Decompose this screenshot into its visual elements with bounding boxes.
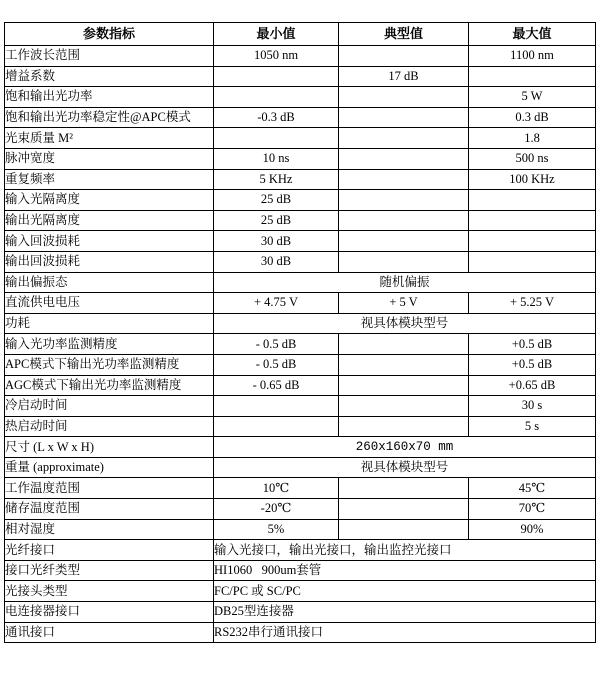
parameter-label: 输出光隔离度 xyxy=(5,210,214,231)
table-row: 输出回波损耗30 dB xyxy=(5,251,596,272)
max-value-cell: 0.3 dB xyxy=(469,107,596,128)
table-row: 直流供电电压+ 4.75 V+ 5 V+ 5.25 V xyxy=(5,293,596,314)
min-value-cell xyxy=(214,416,339,437)
parameter-label: 光纤接口 xyxy=(5,540,214,561)
min-value-cell: 10℃ xyxy=(214,478,339,499)
min-value-cell: -20℃ xyxy=(214,499,339,520)
min-value-cell xyxy=(214,396,339,417)
min-value-cell: -0.3 dB xyxy=(214,107,339,128)
typical-value-cell xyxy=(339,87,469,108)
table-row: 冷启动时间30 s xyxy=(5,396,596,417)
typical-value-cell xyxy=(339,251,469,272)
max-value-cell xyxy=(469,251,596,272)
parameter-label: 工作波长范围 xyxy=(5,46,214,67)
parameter-label: 通讯接口 xyxy=(5,622,214,643)
parameter-label: 相对湿度 xyxy=(5,519,214,540)
min-value-cell: 30 dB xyxy=(214,231,339,252)
parameter-label: 输出偏振态 xyxy=(5,272,214,293)
max-value-cell: 70℃ xyxy=(469,499,596,520)
parameter-label: 输入光隔离度 xyxy=(5,190,214,211)
table-row: APC模式下输出光功率监测精度- 0.5 dB+0.5 dB xyxy=(5,354,596,375)
table-row: 输入回波损耗30 dB xyxy=(5,231,596,252)
min-value-cell: 25 dB xyxy=(214,210,339,231)
min-value-cell: 30 dB xyxy=(214,251,339,272)
parameter-label: 脉冲宽度 xyxy=(5,148,214,169)
typical-value-cell xyxy=(339,375,469,396)
table-row: 电连接器接口DB25型连接器 xyxy=(5,602,596,623)
header-min-value: 最小值 xyxy=(214,23,339,46)
typical-value-cell xyxy=(339,396,469,417)
typical-value-cell xyxy=(339,107,469,128)
spec-sheet: 参数指标 最小值 典型值 最大值 工作波长范围1050 nm1100 nm增益系… xyxy=(4,22,596,643)
typical-value-cell xyxy=(339,334,469,355)
table-row: 功耗视具体模块型号 xyxy=(5,313,596,334)
min-value-cell: - 0.5 dB xyxy=(214,334,339,355)
table-row: 重复频率5 KHz100 KHz xyxy=(5,169,596,190)
table-row: 输入光隔离度25 dB xyxy=(5,190,596,211)
table-row: 输入光功率监测精度- 0.5 dB+0.5 dB xyxy=(5,334,596,355)
parameter-label: 尺寸 (L x W x H) xyxy=(5,437,214,458)
typical-value-cell xyxy=(339,46,469,67)
parameter-label: APC模式下输出光功率监测精度 xyxy=(5,354,214,375)
header-row: 参数指标 最小值 典型值 最大值 xyxy=(5,23,596,46)
typical-value-cell xyxy=(339,416,469,437)
table-row: 热启动时间5 s xyxy=(5,416,596,437)
typical-value-cell xyxy=(339,190,469,211)
min-value-cell: + 4.75 V xyxy=(214,293,339,314)
max-value-cell: 30 s xyxy=(469,396,596,417)
min-value-cell: - 0.65 dB xyxy=(214,375,339,396)
table-row: 接口光纤类型HI1060 900um套管 xyxy=(5,560,596,581)
parameter-label: 饱和输出光功率稳定性@APC模式 xyxy=(5,107,214,128)
typical-value-cell xyxy=(339,148,469,169)
spec-table-header: 参数指标 最小值 典型值 最大值 xyxy=(5,23,596,46)
merged-value-cell: HI1060 900um套管 xyxy=(214,560,596,581)
typical-value-cell xyxy=(339,354,469,375)
header-parameter: 参数指标 xyxy=(5,23,214,46)
typical-value-cell xyxy=(339,210,469,231)
merged-value-cell: 输入光接口，输出光接口，输出监控光接口 xyxy=(214,540,596,561)
merged-value-cell: DB25型连接器 xyxy=(214,602,596,623)
parameter-label: AGC模式下输出光功率监测精度 xyxy=(5,375,214,396)
min-value-cell xyxy=(214,66,339,87)
parameter-label: 接口光纤类型 xyxy=(5,560,214,581)
table-row: 通讯接口RS232串行通讯接口 xyxy=(5,622,596,643)
min-value-cell: 5% xyxy=(214,519,339,540)
max-value-cell: 90% xyxy=(469,519,596,540)
table-row: 增益系数17 dB xyxy=(5,66,596,87)
table-row: 光束质量 M²1.8 xyxy=(5,128,596,149)
min-value-cell: 25 dB xyxy=(214,190,339,211)
parameter-label: 直流供电电压 xyxy=(5,293,214,314)
merged-value-cell: FC/PC 或 SC/PC xyxy=(214,581,596,602)
max-value-cell: 100 KHz xyxy=(469,169,596,190)
max-value-cell xyxy=(469,190,596,211)
parameter-label: 重量 (approximate) xyxy=(5,457,214,478)
table-row: 光纤接口输入光接口，输出光接口，输出监控光接口 xyxy=(5,540,596,561)
header-typical-value: 典型值 xyxy=(339,23,469,46)
parameter-label: 光接头类型 xyxy=(5,581,214,602)
typical-value-cell xyxy=(339,478,469,499)
merged-value-cell: 260x160x70 mm xyxy=(214,437,596,458)
spec-table-body: 工作波长范围1050 nm1100 nm增益系数17 dB饱和输出光功率5 W饱… xyxy=(5,46,596,643)
min-value-cell: 10 ns xyxy=(214,148,339,169)
max-value-cell: 5 W xyxy=(469,87,596,108)
max-value-cell xyxy=(469,231,596,252)
max-value-cell: 1.8 xyxy=(469,128,596,149)
table-row: 工作波长范围1050 nm1100 nm xyxy=(5,46,596,67)
table-row: 饱和输出光功率5 W xyxy=(5,87,596,108)
merged-value-cell: RS232串行通讯接口 xyxy=(214,622,596,643)
typical-value-cell: 17 dB xyxy=(339,66,469,87)
typical-value-cell xyxy=(339,169,469,190)
max-value-cell: 1100 nm xyxy=(469,46,596,67)
table-row: 相对湿度5%90% xyxy=(5,519,596,540)
parameter-label: 工作温度范围 xyxy=(5,478,214,499)
max-value-cell: +0.5 dB xyxy=(469,354,596,375)
table-row: 脉冲宽度10 ns500 ns xyxy=(5,148,596,169)
header-max-value: 最大值 xyxy=(469,23,596,46)
min-value-cell xyxy=(214,87,339,108)
max-value-cell xyxy=(469,66,596,87)
parameter-label: 输出回波损耗 xyxy=(5,251,214,272)
typical-value-cell: + 5 V xyxy=(339,293,469,314)
table-row: 储存温度范围-20℃70℃ xyxy=(5,499,596,520)
max-value-cell: 500 ns xyxy=(469,148,596,169)
parameter-label: 冷启动时间 xyxy=(5,396,214,417)
min-value-cell: 5 KHz xyxy=(214,169,339,190)
typical-value-cell xyxy=(339,499,469,520)
parameter-label: 输入光功率监测精度 xyxy=(5,334,214,355)
min-value-cell: - 0.5 dB xyxy=(214,354,339,375)
parameter-label: 热启动时间 xyxy=(5,416,214,437)
table-row: 输出光隔离度25 dB xyxy=(5,210,596,231)
min-value-cell: 1050 nm xyxy=(214,46,339,67)
parameter-label: 光束质量 M² xyxy=(5,128,214,149)
merged-value-cell: 视具体模块型号 xyxy=(214,457,596,478)
typical-value-cell xyxy=(339,231,469,252)
merged-value-cell: 视具体模块型号 xyxy=(214,313,596,334)
max-value-cell xyxy=(469,210,596,231)
typical-value-cell xyxy=(339,519,469,540)
max-value-cell: + 5.25 V xyxy=(469,293,596,314)
parameter-label: 重复频率 xyxy=(5,169,214,190)
table-row: 重量 (approximate)视具体模块型号 xyxy=(5,457,596,478)
table-row: 饱和输出光功率稳定性@APC模式-0.3 dB0.3 dB xyxy=(5,107,596,128)
parameter-label: 电连接器接口 xyxy=(5,602,214,623)
typical-value-cell xyxy=(339,128,469,149)
parameter-label: 饱和输出光功率 xyxy=(5,87,214,108)
max-value-cell: +0.5 dB xyxy=(469,334,596,355)
max-value-cell: 45℃ xyxy=(469,478,596,499)
max-value-cell: +0.65 dB xyxy=(469,375,596,396)
table-row: 输出偏振态随机偏振 xyxy=(5,272,596,293)
spec-table: 参数指标 最小值 典型值 最大值 工作波长范围1050 nm1100 nm增益系… xyxy=(4,22,596,643)
parameter-label: 增益系数 xyxy=(5,66,214,87)
parameter-label: 功耗 xyxy=(5,313,214,334)
min-value-cell xyxy=(214,128,339,149)
parameter-label: 输入回波损耗 xyxy=(5,231,214,252)
parameter-label: 储存温度范围 xyxy=(5,499,214,520)
table-row: 工作温度范围10℃45℃ xyxy=(5,478,596,499)
table-row: AGC模式下输出光功率监测精度- 0.65 dB+0.65 dB xyxy=(5,375,596,396)
merged-value-cell: 随机偏振 xyxy=(214,272,596,293)
table-row: 尺寸 (L x W x H)260x160x70 mm xyxy=(5,437,596,458)
max-value-cell: 5 s xyxy=(469,416,596,437)
table-row: 光接头类型FC/PC 或 SC/PC xyxy=(5,581,596,602)
